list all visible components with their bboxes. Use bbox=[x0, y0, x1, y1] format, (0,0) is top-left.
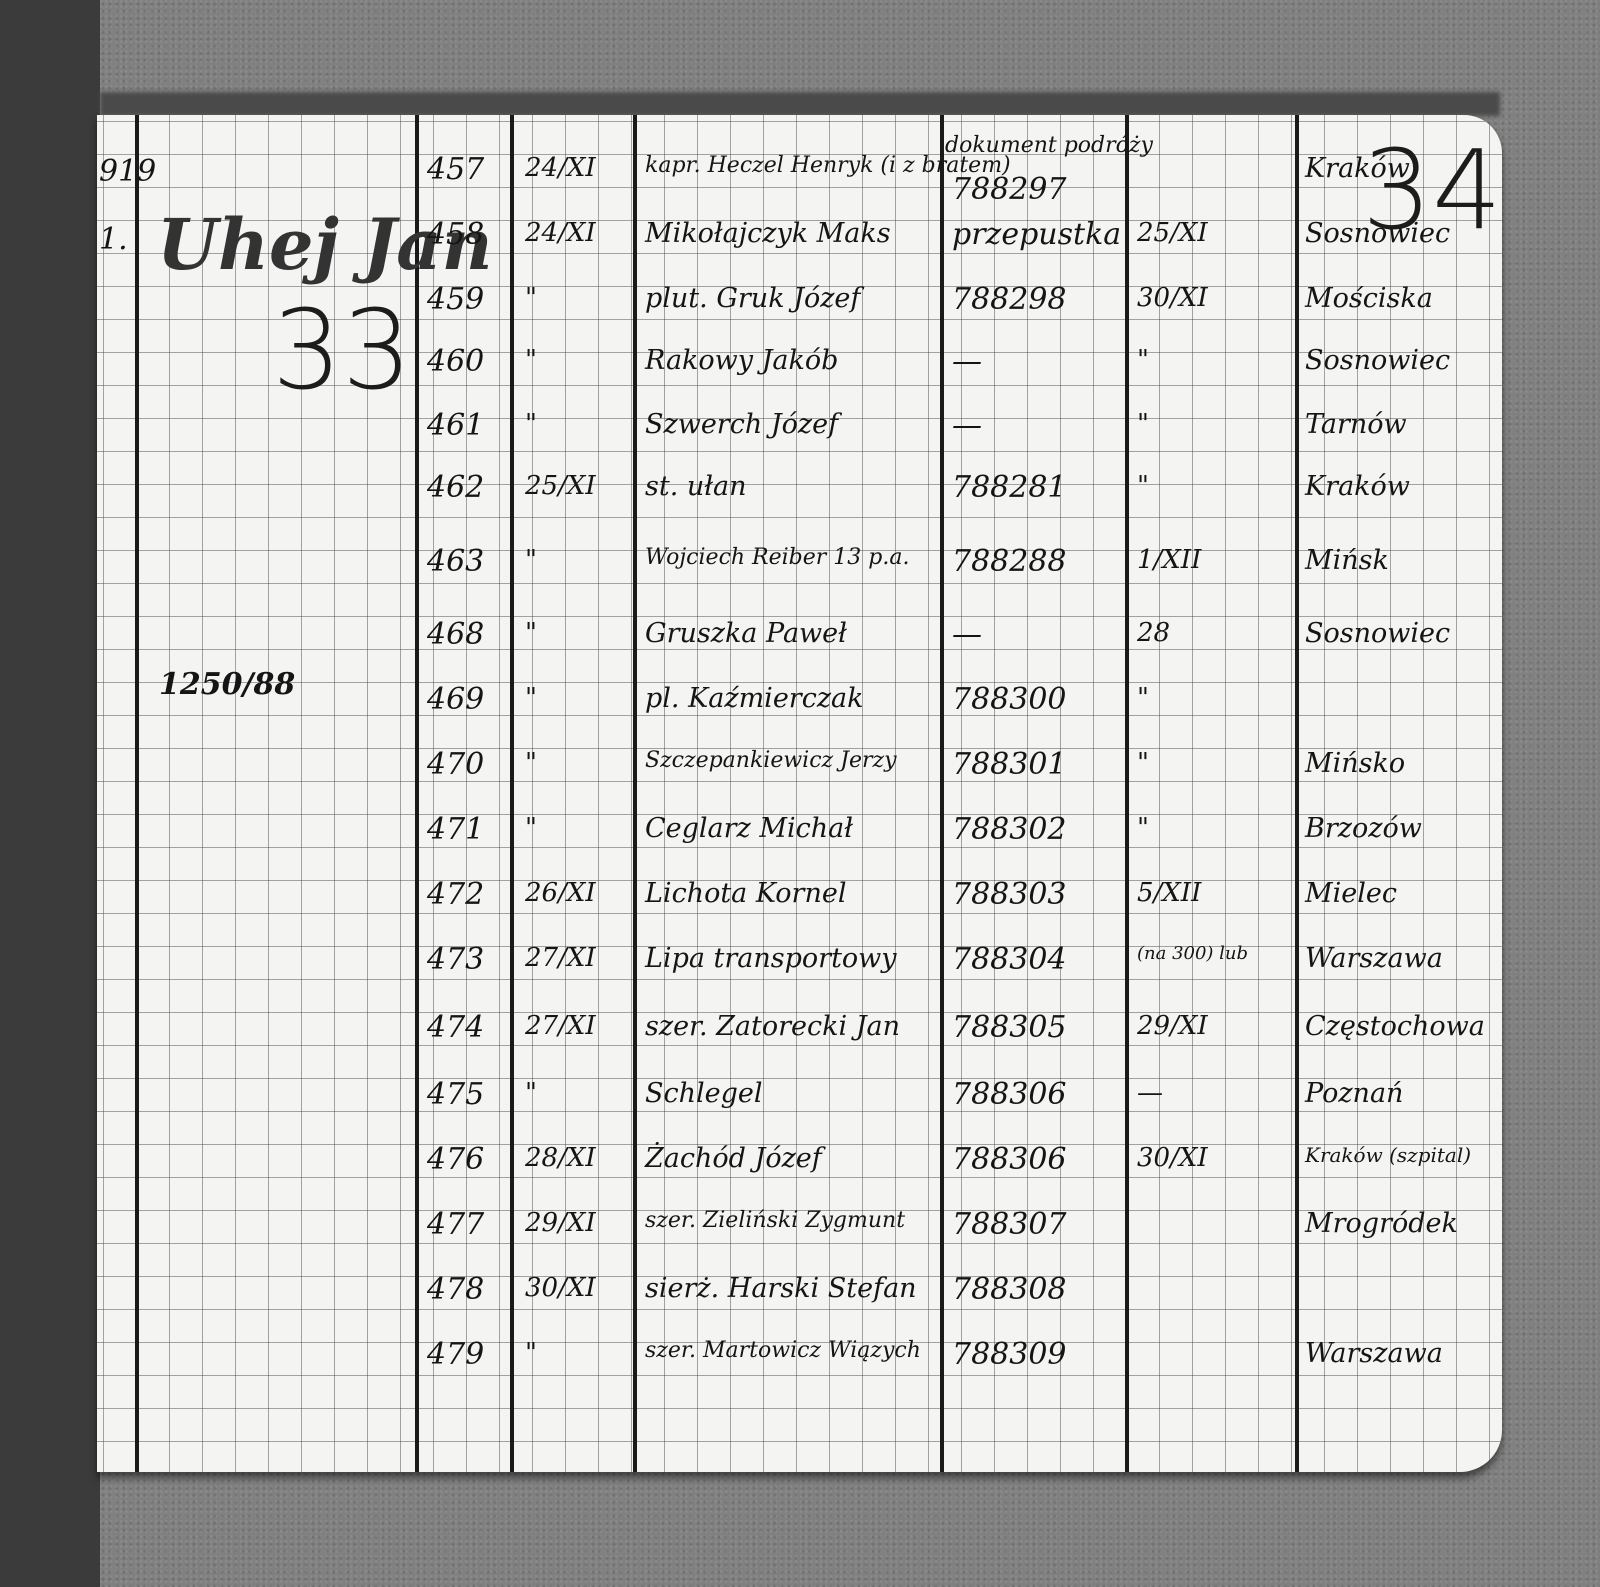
cell-no: 463 bbox=[427, 547, 484, 577]
margin-year-fragment: 919 bbox=[99, 157, 156, 187]
cell-arrival: " bbox=[1137, 815, 1149, 841]
cell-date: " bbox=[525, 815, 537, 841]
cell-arrival: 29/XI bbox=[1137, 1013, 1208, 1039]
cell-no: 470 bbox=[427, 750, 484, 780]
cell-date: " bbox=[525, 750, 537, 776]
cell-document: 788298 bbox=[952, 285, 1067, 315]
cell-document: 788306 bbox=[952, 1145, 1067, 1175]
cell-date: " bbox=[525, 1340, 537, 1366]
cell-name: szer. Zatorecki Jan bbox=[645, 1013, 900, 1040]
cell-date: 26/XI bbox=[525, 880, 596, 906]
cell-name: Rakowy Jakób bbox=[645, 347, 838, 374]
cell-date: 28/XI bbox=[525, 1145, 596, 1171]
column-rule-date bbox=[510, 115, 514, 1472]
cell-no: 475 bbox=[427, 1080, 484, 1110]
cell-place: Warszawa bbox=[1305, 1340, 1443, 1367]
cell-date: " bbox=[525, 620, 537, 646]
cell-no: 472 bbox=[427, 880, 484, 910]
cell-name: st. ułan bbox=[645, 473, 747, 500]
page-number-left: 33 bbox=[272, 295, 412, 405]
cell-date: 30/XI bbox=[525, 1275, 596, 1301]
cell-place: Tarnów bbox=[1305, 411, 1407, 438]
cell-no: 458 bbox=[427, 220, 484, 250]
cell-name: Żachód Józef bbox=[645, 1145, 822, 1172]
cell-date: " bbox=[525, 685, 537, 711]
cell-document: 788301 bbox=[952, 750, 1067, 780]
cell-name: Gruszka Paweł bbox=[645, 620, 847, 647]
cell-place: Mrogródek bbox=[1305, 1210, 1458, 1237]
cell-place: Poznań bbox=[1305, 1080, 1403, 1107]
cell-arrival: 1/XII bbox=[1137, 547, 1201, 573]
column-rule-place bbox=[1295, 115, 1299, 1472]
cell-document: — bbox=[952, 620, 982, 650]
cell-arrival: 5/XII bbox=[1137, 880, 1201, 906]
cell-name: szer. Martowicz Wiązych bbox=[645, 1340, 921, 1362]
cell-place: Kraków (szpital) bbox=[1305, 1145, 1471, 1165]
cell-date: " bbox=[525, 411, 537, 437]
cell-arrival: " bbox=[1137, 750, 1149, 776]
cell-document: — bbox=[952, 411, 982, 441]
column-rule-margin bbox=[135, 115, 139, 1472]
cell-date: 27/XI bbox=[525, 1013, 596, 1039]
cell-document: 788305 bbox=[952, 1013, 1067, 1043]
column-rule-number bbox=[415, 115, 419, 1472]
cell-name: Mikołajczyk Maks bbox=[645, 220, 891, 247]
cell-arrival: 30/XI bbox=[1137, 285, 1208, 311]
column-rule-name bbox=[633, 115, 637, 1472]
cell-name: plut. Gruk Józef bbox=[645, 285, 860, 312]
cell-no: 468 bbox=[427, 620, 484, 650]
cell-document: 788306 bbox=[952, 1080, 1067, 1110]
cell-place: Sosnowiec bbox=[1305, 620, 1450, 647]
cell-document: 788300 bbox=[952, 685, 1067, 715]
margin-reference-number: 1250/88 bbox=[159, 670, 295, 700]
cell-document: 788302 bbox=[952, 815, 1067, 845]
cell-name: Szczepankiewicz Jerzy bbox=[645, 750, 897, 772]
cell-name: Ceglarz Michał bbox=[645, 815, 853, 842]
cell-place: Mielec bbox=[1305, 880, 1397, 907]
cell-no: 478 bbox=[427, 1275, 484, 1305]
cell-name: szer. Zieliński Zygmunt bbox=[645, 1210, 905, 1232]
column-rule-arrival bbox=[1125, 115, 1129, 1472]
cell-date: 27/XI bbox=[525, 945, 596, 971]
margin-row-fragment: 1. bbox=[99, 225, 128, 255]
cell-place: Kraków bbox=[1305, 473, 1410, 500]
cell-place: Brzozów bbox=[1305, 815, 1422, 842]
cell-arrival: 25/XI bbox=[1137, 220, 1208, 246]
cell-no: 476 bbox=[427, 1145, 484, 1175]
cell-arrival: " bbox=[1137, 411, 1149, 437]
cell-document: 788288 bbox=[952, 547, 1067, 577]
cell-no: 474 bbox=[427, 1013, 484, 1043]
cell-place: Mińsk bbox=[1305, 547, 1389, 574]
cell-arrival: " bbox=[1137, 685, 1149, 711]
cell-place: Kraków bbox=[1305, 155, 1410, 182]
cell-no: 457 bbox=[427, 155, 484, 185]
cell-no: 471 bbox=[427, 815, 484, 845]
cell-date: " bbox=[525, 347, 537, 373]
cell-document: 788297 bbox=[952, 175, 1067, 205]
cell-document: 788307 bbox=[952, 1210, 1067, 1240]
cell-no: 461 bbox=[427, 411, 484, 441]
cell-no: 479 bbox=[427, 1340, 484, 1370]
page-top-shadow bbox=[100, 92, 1500, 116]
cell-date: " bbox=[525, 1080, 537, 1106]
cell-date: " bbox=[525, 285, 537, 311]
cell-no: 462 bbox=[427, 473, 484, 503]
cell-name: sierż. Harski Stefan bbox=[645, 1275, 917, 1302]
cell-name: Szwerch Józef bbox=[645, 411, 838, 438]
cell-date: 24/XI bbox=[525, 220, 596, 246]
cell-date: 29/XI bbox=[525, 1210, 596, 1236]
cell-document: 788309 bbox=[952, 1340, 1067, 1370]
cell-place: Częstochowa bbox=[1305, 1013, 1485, 1040]
cell-arrival: 28 bbox=[1137, 620, 1170, 646]
cell-arrival: " bbox=[1137, 347, 1149, 373]
scan-edge-shadow bbox=[0, 0, 100, 1587]
cell-date: 24/XI bbox=[525, 155, 596, 181]
cell-document: — bbox=[952, 347, 982, 377]
cell-arrival: " bbox=[1137, 473, 1149, 499]
cell-no: 477 bbox=[427, 1210, 484, 1240]
cell-arrival: 30/XI bbox=[1137, 1145, 1208, 1171]
cell-name: Lipa transportowy bbox=[645, 945, 897, 972]
cell-no: 469 bbox=[427, 685, 484, 715]
cell-place: Mościska bbox=[1305, 285, 1433, 312]
ledger-page: 919 1. Uhej Jan 33 34 1250/88 dokument p… bbox=[97, 115, 1502, 1472]
cell-name: Lichota Kornel bbox=[645, 880, 846, 907]
cell-document: przepustka bbox=[952, 220, 1121, 250]
cell-arrival: — bbox=[1137, 1080, 1163, 1106]
cell-place: Sosnowiec bbox=[1305, 347, 1450, 374]
cell-name: pl. Kaźmierczak bbox=[645, 685, 864, 712]
column-rule-document bbox=[940, 115, 944, 1472]
cell-no: 460 bbox=[427, 347, 484, 377]
cell-date: 25/XI bbox=[525, 473, 596, 499]
cell-no: 473 bbox=[427, 945, 484, 975]
cell-place: Sosnowiec bbox=[1305, 220, 1450, 247]
cell-document: 788303 bbox=[952, 880, 1067, 910]
cell-name: Wojciech Reiber 13 p.a. bbox=[645, 547, 909, 569]
cell-no: 459 bbox=[427, 285, 484, 315]
cell-document: 788304 bbox=[952, 945, 1067, 975]
cell-name: Schlegel bbox=[645, 1080, 763, 1107]
cell-date: " bbox=[525, 547, 537, 573]
cell-document: 788281 bbox=[952, 473, 1067, 503]
cell-place: Mińsko bbox=[1305, 750, 1405, 777]
cell-arrival: (na 300) lub bbox=[1137, 945, 1248, 963]
cell-document: 788308 bbox=[952, 1275, 1067, 1305]
cell-place: Warszawa bbox=[1305, 945, 1443, 972]
